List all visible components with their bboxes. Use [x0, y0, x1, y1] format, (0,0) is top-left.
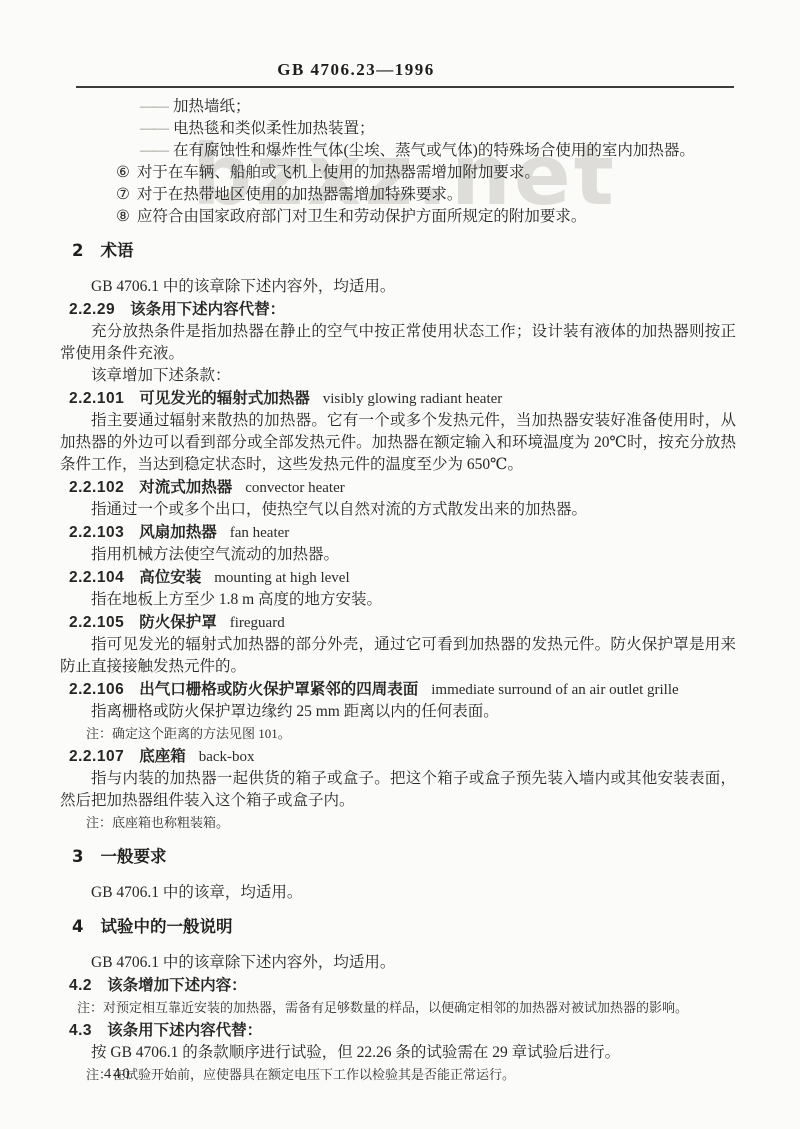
clause-2-2-102: 2.2.102对流式加热器convector heater — [60, 476, 736, 499]
numbered-note-text: 对于在车辆、船舶或飞机上使用的加热器需增加附加要求。 — [137, 164, 540, 181]
list-item-special-environment: ——在有腐蚀性和爆炸性气体(尘埃、蒸气或气体)的特殊场合使用的室内加热器。 — [60, 140, 736, 162]
clause-text: 该条用下述内容代替： — [107, 1021, 262, 1039]
numbered-note-7: ⑦对于在热带地区使用的加热器需增加特殊要求。 — [60, 184, 736, 206]
paragraph-ch3-scope: GB 4706.1 中的该章，均适用。 — [60, 882, 736, 904]
term-title-en: fireguard — [230, 615, 285, 631]
paragraph-2-2-103: 指用机械方法使空气流动的加热器。 — [60, 544, 736, 566]
term-title-zh: 可见发光的辐射式加热器 — [139, 389, 310, 407]
list-item-text: 加热墙纸； — [173, 98, 251, 115]
term-title-zh: 对流式加热器 — [139, 478, 232, 496]
standard-code: GB 4706.23—1996 — [0, 60, 756, 80]
clause-number: 2.2.101 — [69, 390, 124, 407]
clause-4-2: 4.2该条增加下述内容： — [60, 974, 736, 997]
term-title-en: visibly glowing radiant heater — [323, 391, 503, 407]
clause-number: 2.2.107 — [69, 748, 124, 765]
term-title-zh: 风扇加热器 — [139, 523, 217, 541]
term-title-zh: 出气口栅格或防火保护罩紧邻的四周表面 — [139, 680, 418, 698]
numbered-note-text: 对于在热带地区使用的加热器需增加特殊要求。 — [137, 186, 463, 203]
chapter-title: 试验中的一般说明 — [100, 917, 232, 936]
note-2-2-106: 注：确定这个距离的方法见图 101。 — [60, 723, 736, 745]
chapter-title: 术语 — [100, 241, 133, 260]
paragraph-2-2-107: 指与内装的加热器一起供货的箱子或盒子。把这个箱子或盒子预先装入墙内或其他安装表面… — [60, 768, 736, 812]
circled-number: ⑦ — [116, 186, 130, 203]
clause-text: 该条增加下述内容： — [107, 976, 247, 994]
note-2-2-107: 注：底座箱也称粗装箱。 — [60, 812, 736, 834]
page-number: 440 — [104, 1066, 132, 1083]
clause-number: 2.2.103 — [69, 524, 124, 541]
document-content: ——加热墙纸； ——电热毯和类似柔性加热装置； ——在有腐蚀性和爆炸性气体(尘埃… — [60, 96, 736, 1086]
term-title-zh: 防火保护罩 — [139, 613, 217, 631]
clause-2-2-107: 2.2.107底座箱back-box — [60, 745, 736, 768]
numbered-note-8: ⑧应符合由国家政府部门对卫生和劳动保护方面所规定的附加要求。 — [60, 206, 736, 228]
clause-2-2-101: 2.2.101可见发光的辐射式加热器visibly glowing radian… — [60, 387, 736, 410]
chapter-title: 一般要求 — [100, 847, 166, 866]
clause-number: 4.2 — [69, 977, 92, 994]
chapter-number: 2 — [72, 241, 83, 260]
term-title-zh: 高位安装 — [139, 568, 201, 586]
clause-4-3: 4.3该条用下述内容代替： — [60, 1019, 736, 1042]
list-item-text: 电热毯和类似柔性加热装置； — [173, 120, 375, 137]
chapter-heading-2: 2术语 — [60, 240, 736, 262]
clause-number: 2.2.104 — [69, 569, 124, 586]
term-title-en: mounting at high level — [214, 570, 349, 586]
clause-number: 4.3 — [69, 1022, 92, 1039]
paragraph-4-3: 按 GB 4706.1 的条款顺序进行试验，但 22.26 条的试验需在 29 … — [60, 1042, 736, 1064]
circled-number: ⑧ — [116, 208, 130, 225]
note-4-2: 注：对预定相互靠近安装的加热器，需备有足够数量的样品，以便确定相邻的加热器对被试… — [60, 997, 736, 1019]
paragraph-ch4-scope: GB 4706.1 中的该章除下述内容外，均适用。 — [60, 952, 736, 974]
list-item-heated-wallpaper: ——加热墙纸； — [60, 96, 736, 118]
clause-number: 2.2.105 — [69, 614, 124, 631]
paragraph-2-2-106: 指离栅格或防火保护罩边缘约 25 mm 距离以内的任何表面。 — [60, 701, 736, 723]
clause-2-2-103: 2.2.103风扇加热器fan heater — [60, 521, 736, 544]
dash-marker: —— — [140, 120, 167, 137]
numbered-note-text: 应符合由国家政府部门对卫生和劳动保护方面所规定的附加要求。 — [137, 208, 587, 225]
paragraph-2-2-29: 充分放热条件是指加热器在静止的空气中按正常使用状态工作；设计装有液体的加热器则按… — [60, 321, 736, 365]
chapter-number: 3 — [72, 847, 83, 866]
paragraph-2-2-102: 指通过一个或多个出口，使热空气以自然对流的方式散发出来的加热器。 — [60, 499, 736, 521]
clause-text: 该条用下述内容代替： — [130, 300, 285, 318]
clause-2-2-104: 2.2.104高位安装mounting at high level — [60, 566, 736, 589]
paragraph-add-clauses: 该章增加下述条款： — [60, 365, 736, 387]
term-title-en: back-box — [199, 749, 255, 765]
clause-2-2-106: 2.2.106出气口栅格或防火保护罩紧邻的四周表面immediate surro… — [60, 678, 736, 701]
term-title-en: immediate surround of an air outlet gril… — [431, 682, 678, 698]
term-title-en: fan heater — [230, 525, 290, 541]
paragraph-ch2-scope: GB 4706.1 中的该章除下述内容外，均适用。 — [60, 276, 736, 298]
clause-2-2-29: 2.2.29该条用下述内容代替： — [60, 298, 736, 321]
note-4-3: 注：在试验开始前，应使器具在额定电压下工作以检验其是否能正常运行。 — [60, 1064, 736, 1086]
paragraph-2-2-104: 指在地板上方至少 1.8 m 高度的地方安装。 — [60, 589, 736, 611]
paragraph-2-2-105: 指可见发光的辐射式加热器的部分外壳，通过它可看到加热器的发热元件。防火保护罩是用… — [60, 634, 736, 678]
term-title-zh: 底座箱 — [139, 747, 186, 765]
list-item-electric-blanket: ——电热毯和类似柔性加热装置； — [60, 118, 736, 140]
chapter-number: 4 — [72, 917, 83, 936]
clause-number: 2.2.106 — [69, 681, 124, 698]
clause-number: 2.2.102 — [69, 479, 124, 496]
circled-number: ⑥ — [116, 164, 130, 181]
paragraph-2-2-101: 指主要通过辐射来散热的加热器。它有一个或多个发热元件，当加热器安装好准备使用时，… — [60, 410, 736, 476]
term-title-en: convector heater — [245, 480, 345, 496]
chapter-heading-3: 3一般要求 — [60, 846, 736, 868]
clause-2-2-105: 2.2.105防火保护罩fireguard — [60, 611, 736, 634]
list-item-text: 在有腐蚀性和爆炸性气体(尘埃、蒸气或气体)的特殊场合使用的室内加热器。 — [173, 142, 695, 159]
clause-number: 2.2.29 — [69, 301, 115, 318]
header-rule — [76, 86, 734, 88]
chapter-heading-4: 4试验中的一般说明 — [60, 916, 736, 938]
dash-marker: —— — [140, 142, 167, 159]
dash-marker: —— — [140, 98, 167, 115]
numbered-note-6: ⑥对于在车辆、船舶或飞机上使用的加热器需增加附加要求。 — [60, 162, 736, 184]
document-page: bzxz.net GB 4706.23—1996 ——加热墙纸； ——电热毯和类… — [0, 0, 800, 1129]
